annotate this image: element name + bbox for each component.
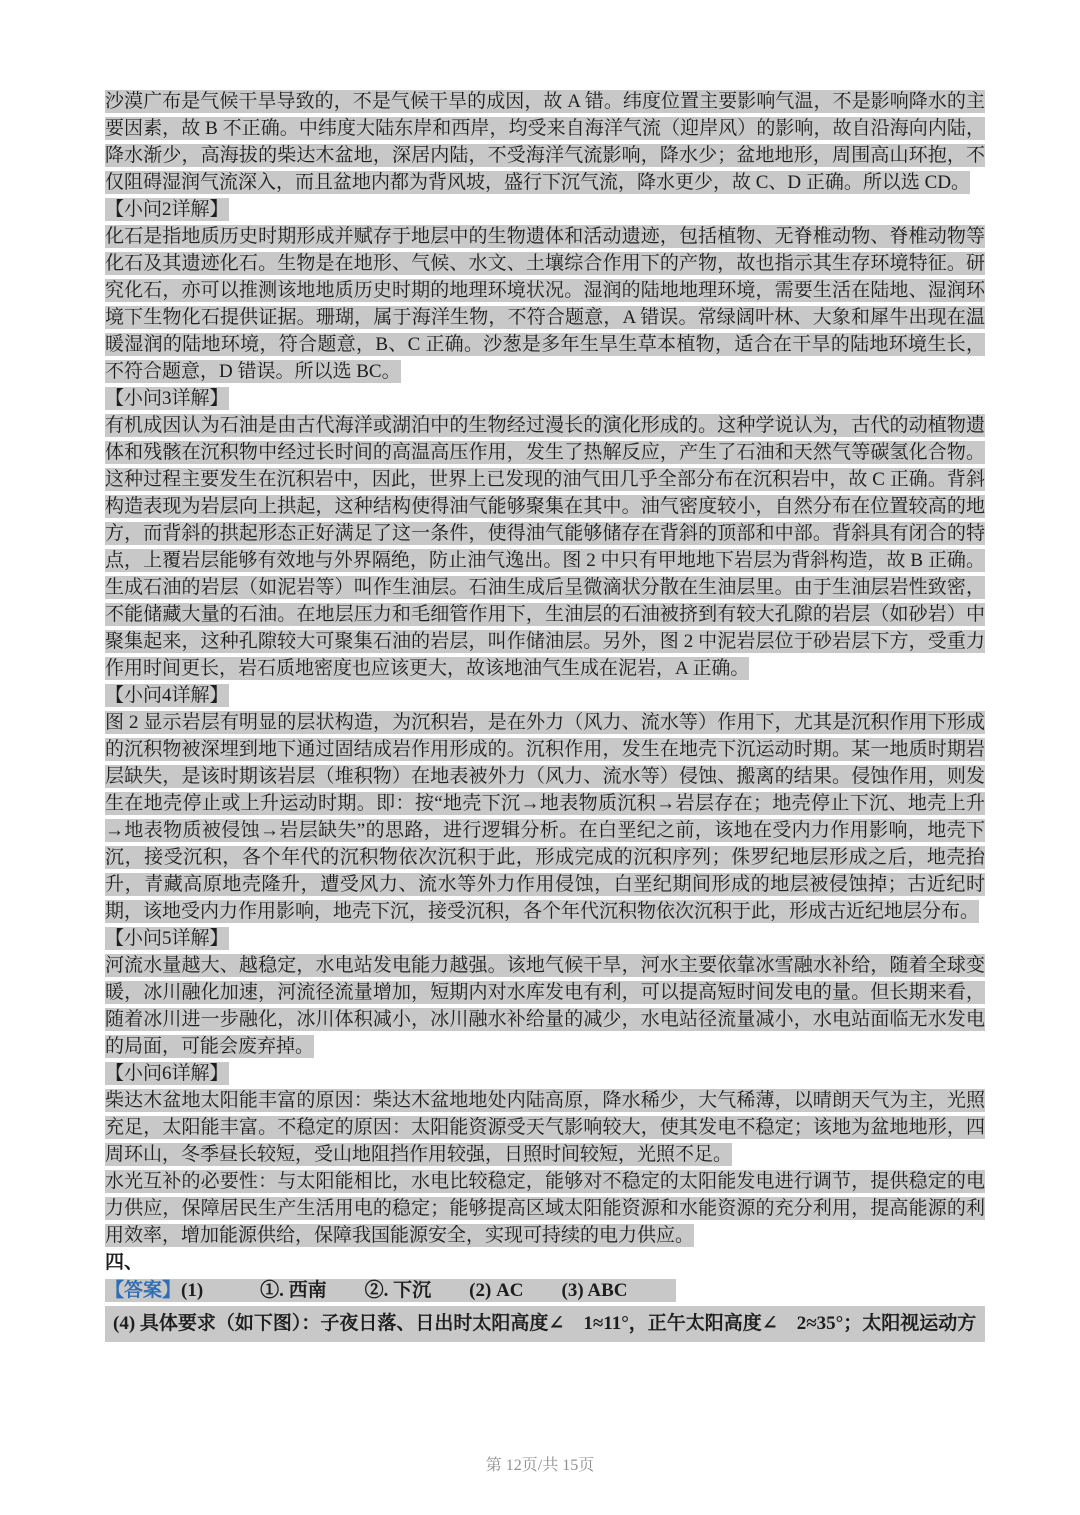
answer-line-1: 【答案】(1) ①. 西南 ②. 下沉 (2) AC (3) ABC: [105, 1276, 985, 1306]
highlighted-text: 【小问5详解】: [105, 927, 229, 950]
highlighted-text: 图 2 显示岩层有明显的层状构造，为沉积岩，是在外力（风力、流水等）作用下，尤其…: [105, 711, 985, 923]
highlighted-text: 【小问2详解】: [105, 198, 229, 221]
explanation-paragraph-water-solar: 水光互补的必要性：与太阳能相比，水电比较稳定，能够对不稳定的太阳能发电进行调节，…: [105, 1168, 985, 1249]
highlighted-text: 【小问6详解】: [105, 1062, 229, 1085]
explanation-paragraph-q1: 沙漠广布是气候干旱导致的，不是气候干旱的成因，故 A 错。纬度位置主要影响气温，…: [105, 88, 985, 196]
subquestion-2-header: 【小问2详解】: [105, 196, 985, 223]
explanation-paragraph-q3: 有机成因认为石油是由古代海洋或湖泊中的生物经过漫长的演化形成的。这种学说认为，古…: [105, 412, 985, 682]
highlighted-text: 河流水量越大、越稳定，水电站发电能力越强。该地气候干旱，河水主要依靠冰雪融水补给…: [105, 954, 985, 1058]
explanation-paragraph-q2: 化石是指地质历史时期形成并赋存于地层中的生物遗体和活动遗迹，包括植物、无脊椎动物…: [105, 223, 985, 385]
page-footer: 第 12页/共 15页: [0, 1452, 1080, 1475]
subquestion-3-header: 【小问3详解】: [105, 385, 985, 412]
highlighted-text: 【小问4详解】: [105, 684, 229, 707]
subquestion-6-header: 【小问6详解】: [105, 1060, 985, 1087]
highlighted-text: 化石是指地质历史时期形成并赋存于地层中的生物遗体和活动遗迹，包括植物、无脊椎动物…: [105, 225, 985, 383]
highlighted-text: (4) 具体要求（如下图）：子夜日落、日出时太阳高度∠ 1≈11°，正午太阳高度…: [105, 1306, 985, 1342]
explanation-paragraph-q4: 图 2 显示岩层有明显的层状构造，为沉积岩，是在外力（风力、流水等）作用下，尤其…: [105, 709, 985, 925]
answer-explanation-content: 沙漠广布是气候干旱导致的，不是气候干旱的成因，故 A 错。纬度位置主要影响气温，…: [105, 88, 985, 1342]
subquestion-4-header: 【小问4详解】: [105, 682, 985, 709]
section-four-heading: 四、: [105, 1249, 985, 1276]
highlighted-text: 【答案】(1) ①. 西南 ②. 下沉 (2) AC (3) ABC: [105, 1279, 676, 1302]
answer-label: 【答案】: [105, 1280, 181, 1301]
highlighted-text: 有机成因认为石油是由古代海洋或湖泊中的生物经过漫长的演化形成的。这种学说认为，古…: [105, 414, 985, 680]
subquestion-5-header: 【小问5详解】: [105, 925, 985, 952]
highlighted-text: 柴达木盆地太阳能丰富的原因：柴达木盆地地处内陆高原，降水稀少，大气稀薄，以晴朗天…: [105, 1089, 985, 1166]
answer-line-4: (4) 具体要求（如下图）：子夜日落、日出时太阳高度∠ 1≈11°，正午太阳高度…: [105, 1306, 985, 1342]
highlighted-text: 水光互补的必要性：与太阳能相比，水电比较稳定，能够对不稳定的太阳能发电进行调节，…: [105, 1170, 985, 1247]
answer-line-1-values: (1) ①. 西南 ②. 下沉 (2) AC (3) ABC: [181, 1280, 627, 1301]
explanation-paragraph-q5: 河流水量越大、越稳定，水电站发电能力越强。该地气候干旱，河水主要依靠冰雪融水补给…: [105, 952, 985, 1060]
explanation-paragraph-q6: 柴达木盆地太阳能丰富的原因：柴达木盆地地处内陆高原，降水稀少，大气稀薄，以晴朗天…: [105, 1087, 985, 1168]
highlighted-text: 【小问3详解】: [105, 387, 229, 410]
highlighted-text: 沙漠广布是气候干旱导致的，不是气候干旱的成因，故 A 错。纬度位置主要影响气温，…: [105, 90, 985, 194]
